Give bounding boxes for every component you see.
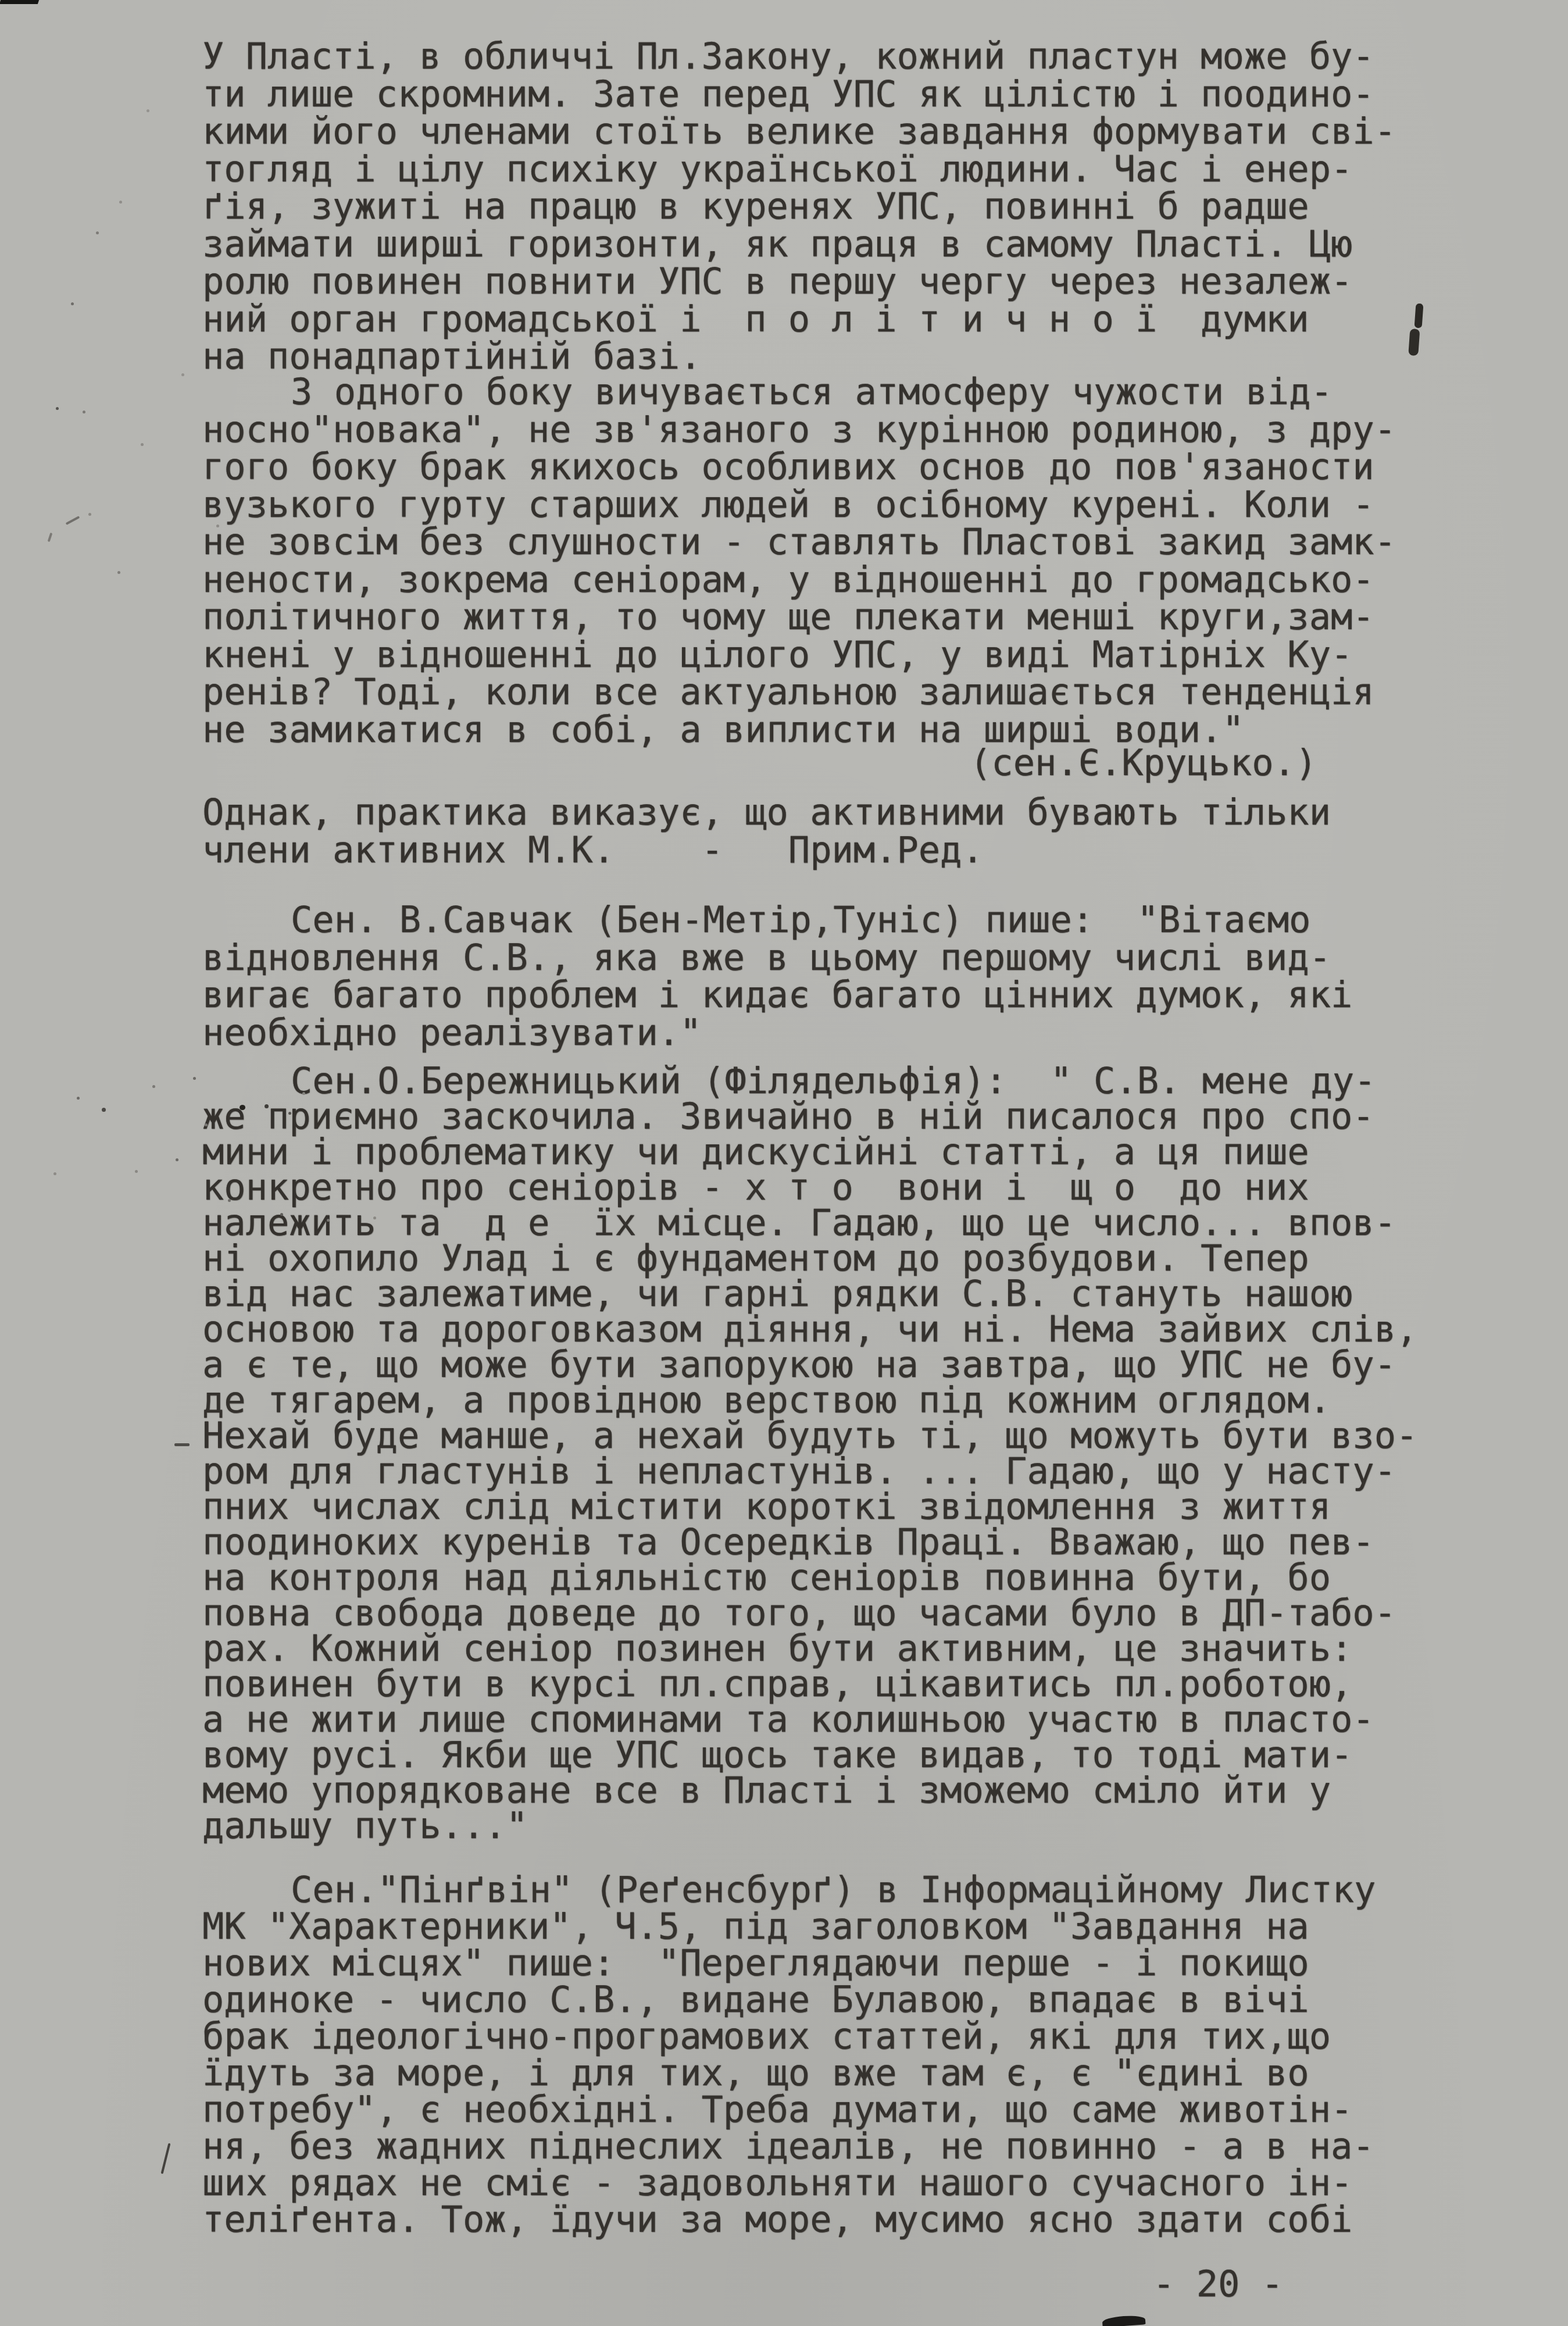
ink-speckles	[0, 0, 3, 3]
pen-stroke-mark	[161, 2143, 171, 2174]
scan-edge-mark	[0, 0, 39, 4]
pinguin-quote-paragraph: Сен."Пінґвін" (Реґенсбурґ) в Інформаційн…	[202, 1871, 1376, 2238]
berezhnytsky-quote-paragraph: Сен.О.Бережницький (Філядельфія): " С.В.…	[202, 1063, 1417, 1843]
ink-blot-right-margin	[1415, 304, 1424, 329]
attribution-line: (сен.Є.Круцько.)	[970, 744, 1317, 782]
margin-tick-mark	[66, 516, 80, 525]
ink-blot-bottom-edge	[1102, 2314, 1145, 2326]
quote-continuation-paragraph: У Пласті, в обличчі Пл.Закону, кожний пл…	[202, 38, 1396, 376]
editor-note-paragraph: Однак, практика виказує, що активними бу…	[202, 794, 1331, 869]
ink-dot	[240, 1105, 245, 1110]
margin-tick-mark	[48, 533, 53, 542]
savchak-quote-paragraph: Сен. В.Савчак (Бен-Метір,Туніс) пише: "В…	[202, 901, 1352, 1051]
quote-body-paragraph: З одного боку вичувається атмосферу чужо…	[202, 373, 1396, 748]
margin-dash-mark	[174, 1443, 190, 1446]
scanned-document-page: У Пласті, в обличчі Пл.Закону, кожний пл…	[0, 0, 1568, 2326]
page-number: - 20 -	[1153, 2266, 1283, 2303]
